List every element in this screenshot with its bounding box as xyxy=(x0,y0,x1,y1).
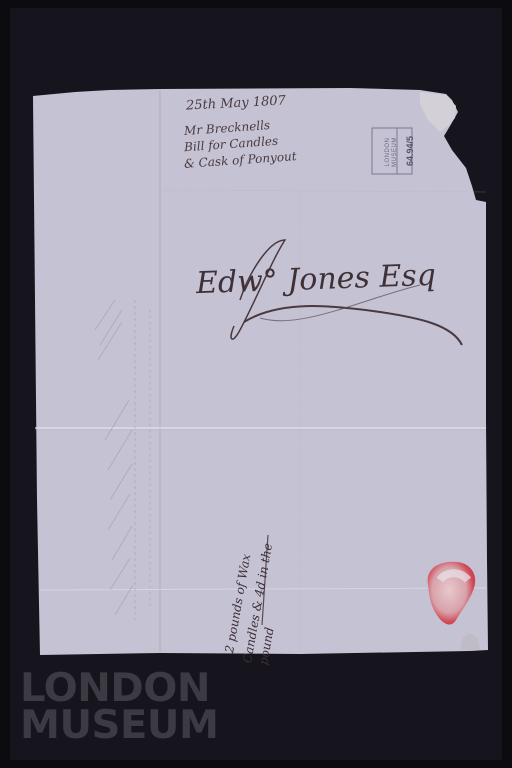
london-museum-logo: LONDON MUSEUM xyxy=(20,670,213,744)
accession-number: 64.94/5 xyxy=(405,127,415,175)
logo-line-1: LONDON xyxy=(20,670,218,707)
stamp-line-1: LONDON xyxy=(385,138,392,167)
logo-line-2: MUSEUM xyxy=(20,707,218,744)
museum-accession-stamp: LONDON MUSEUM 64.94/5 xyxy=(371,127,413,175)
letter-paper xyxy=(0,0,512,768)
stamp-line-2: MUSEUM xyxy=(392,137,399,167)
